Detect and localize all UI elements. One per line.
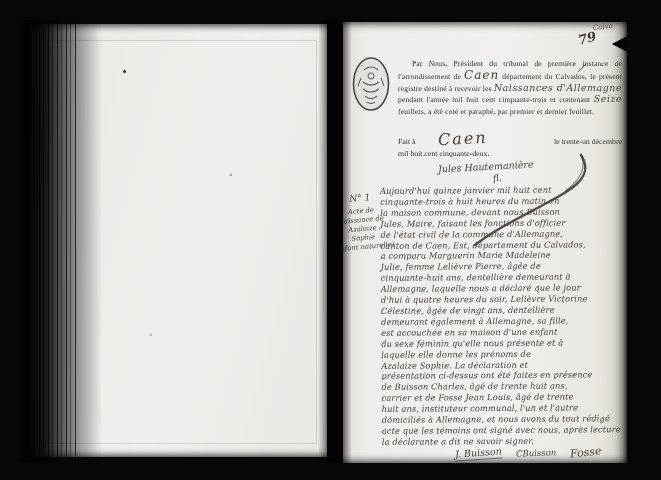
printed-header-paragraph: Par Nous, Président du tribunal de premi… — [398, 58, 622, 118]
printed-text-seg4: feuillets, a été coté et paraphé, par pr… — [398, 107, 594, 116]
handwritten-city-fill: Caen — [464, 68, 499, 82]
right-register-page: Calva 79 / Par Nous, Président du tribun… — [343, 22, 627, 463]
paper-speck — [230, 174, 232, 176]
handwritten-register-type-fill: Naissances d'Allemagne — [494, 83, 622, 94]
printed-date-text: le trente-un décembre — [554, 137, 622, 146]
page-tear-mark — [612, 36, 627, 52]
act-text-line: présentation ci-dessus ont été faites en… — [381, 370, 623, 383]
printed-text-seg3: pendant l'année mil huit cent cinquante-… — [398, 95, 590, 104]
act-signatures-row: J. Buisson CBuisson Fosse — [455, 441, 611, 460]
register-scan: Calva 79 / Par Nous, Président du tribun… — [0, 0, 661, 480]
act-text-line: d'hui à quatre heures du soir, Lelièvre … — [381, 293, 623, 306]
handwritten-sheet-count-fill: Seize — [594, 94, 622, 105]
book-gutter — [318, 20, 352, 463]
president-signature: Jules Hautemanière — [438, 160, 534, 176]
act-text-line: acte que les témoins ont signé avec nous… — [382, 424, 624, 437]
handwritten-fait-city: Caen — [438, 128, 488, 150]
mayor-signature: J. Buisson — [455, 446, 503, 461]
president-paraph: fl. — [492, 173, 502, 184]
paper-speck — [123, 70, 126, 73]
fait-a-label: Fait à — [398, 137, 416, 146]
official-seal-stamp — [351, 56, 391, 113]
paper-speck — [150, 334, 152, 336]
witness-signature: Fosse — [570, 444, 603, 460]
issue-place-date-row: Fait à Caen le trente-un décembre mil hu… — [398, 137, 622, 146]
book-left-edge-streaks — [30, 20, 76, 462]
witness-signature: CBuisson — [516, 448, 557, 459]
printed-date-continuation: mil huit cent cinquante-deux. — [398, 149, 489, 158]
birth-act-body: Aujourd'hui quinze janvier mil huit cent… — [380, 184, 624, 447]
seal-icon — [351, 56, 391, 113]
